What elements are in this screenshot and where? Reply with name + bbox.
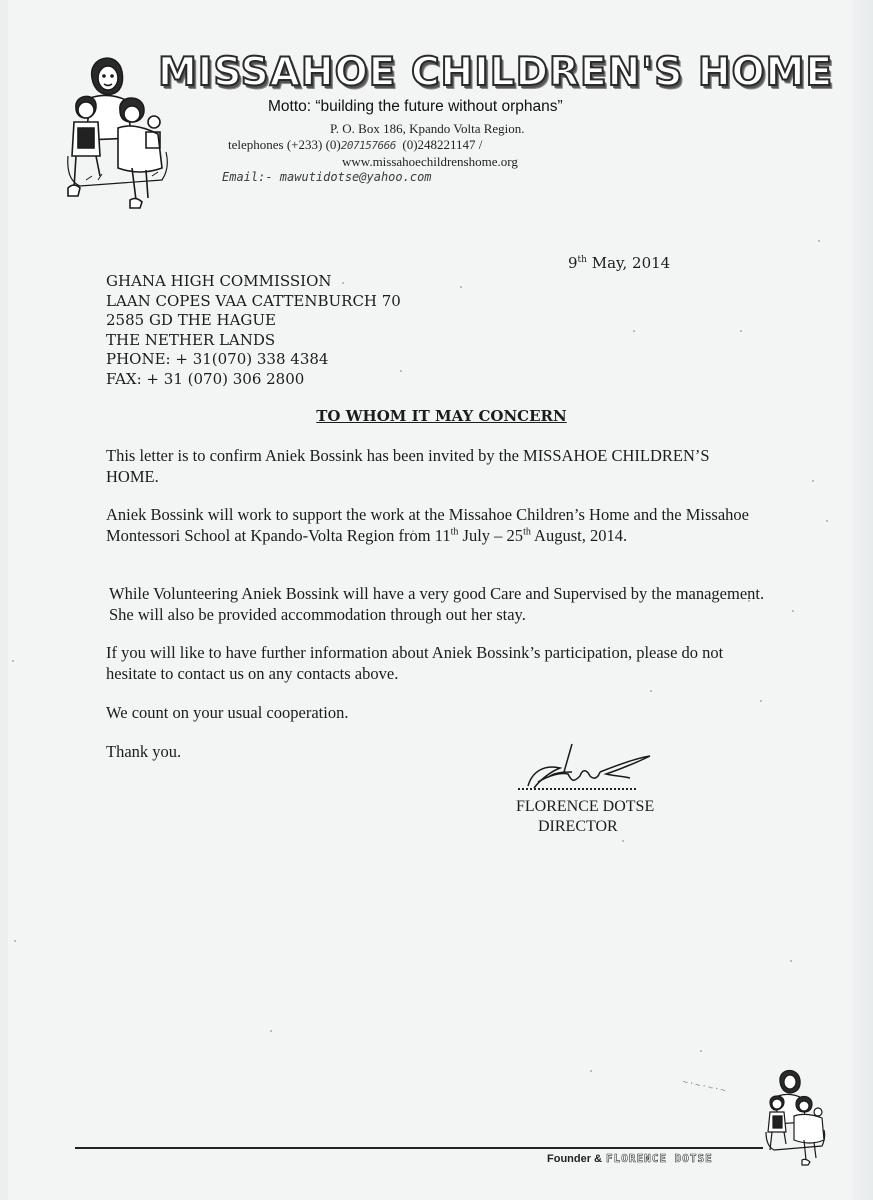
- scan-speck: [633, 330, 635, 332]
- closing-thank-you: Thank you.: [106, 742, 766, 763]
- scan-speck: [12, 660, 14, 662]
- footer-founder: Founder &FLORENCE DOTSE: [547, 1152, 713, 1165]
- date-month-year: May, 2014: [587, 254, 670, 272]
- paragraph-cooperation: We count on your usual cooperation.: [106, 703, 766, 724]
- scan-speck: [400, 370, 402, 372]
- footer-founder-name: FLORENCE DOTSE: [606, 1152, 713, 1165]
- scan-speck: [342, 282, 344, 284]
- faded-stamp: ~·~·~·~: [681, 1077, 727, 1096]
- website-link[interactable]: www.missahoechildrenshome.org: [342, 154, 518, 170]
- scan-edge-left: [0, 0, 8, 1200]
- recipient-line: FAX: + 31 (070) 306 2800: [106, 370, 401, 390]
- date-suffix: th: [578, 255, 587, 265]
- footer-divider: [75, 1147, 763, 1149]
- footer-label: Founder &: [547, 1153, 602, 1165]
- scan-speck: [622, 840, 624, 842]
- organization-title: MISSAHOE CHILDREN'S HOME: [158, 50, 728, 96]
- scan-speck: [792, 610, 794, 612]
- email-handwritten[interactable]: Email:- mawutidotse@yahoo.com: [222, 170, 432, 184]
- signer-name: FLORENCE DOTSE: [516, 797, 654, 817]
- organization-motto: Motto: “building the future without orph…: [268, 98, 563, 116]
- scan-speck: [460, 286, 462, 288]
- letter-subject: TO WHOM IT MAY CONCERN: [0, 407, 873, 425]
- telephone-secondary: (0)248221147 /: [402, 137, 482, 152]
- scan-speck: [826, 520, 828, 522]
- letter-date: 9th May, 2014: [568, 254, 670, 272]
- paragraph-invitation: This letter is to confirm Aniek Bossink …: [106, 446, 766, 487]
- recipient-line: GHANA HIGH COMMISSION: [106, 272, 401, 292]
- recipient-address: GHANA HIGH COMMISSION LAAN COPES VAA CAT…: [106, 272, 401, 389]
- scan-speck: [14, 940, 16, 942]
- signer-block: FLORENCE DOTSE DIRECTOR: [516, 797, 654, 837]
- paragraph-text: July – 25: [458, 526, 523, 545]
- scan-speck: [812, 480, 814, 482]
- scan-speck: [740, 330, 742, 332]
- paragraph-work-dates: Aniek Bossink will work to support the w…: [106, 505, 766, 546]
- date-day: 9: [568, 254, 578, 272]
- scan-speck: [270, 1030, 272, 1032]
- scan-speck: [700, 1050, 702, 1052]
- scan-speck: [818, 240, 820, 242]
- paragraph-text: August, 2014.: [531, 526, 627, 545]
- telephones-label: telephones (+233) (0): [228, 137, 341, 152]
- paragraph-text: Aniek Bossink will work to support the w…: [106, 505, 749, 545]
- scan-speck: [590, 1070, 592, 1072]
- recipient-line: THE NETHER LANDS: [106, 331, 401, 351]
- scan-speck: [412, 530, 414, 532]
- scan-edge-right: [853, 0, 873, 1200]
- signer-title: DIRECTOR: [516, 817, 654, 837]
- scan-speck: [650, 690, 652, 692]
- telephone-line: telephones (+233) (0)207157666 (0)248221…: [228, 137, 482, 153]
- scan-speck: [748, 600, 750, 602]
- paragraph-care: While Volunteering Aniek Bossink will ha…: [106, 584, 769, 625]
- ordinal-suffix: th: [523, 526, 531, 537]
- recipient-line: LAAN COPES VAA CATTENBURCH 70: [106, 292, 401, 312]
- scan-speck: [790, 960, 792, 962]
- telephone-handwritten: 207157666: [341, 139, 396, 152]
- recipient-line: 2585 GD THE HAGUE: [106, 311, 401, 331]
- mother-children-small-icon: [764, 1066, 826, 1166]
- signature-line: [518, 786, 636, 790]
- po-box-address: P. O. Box 186, Kpando Volta Region.: [330, 121, 525, 137]
- recipient-line: PHONE: + 31(070) 338 4384: [106, 350, 401, 370]
- paragraph-contact: If you will like to have further informa…: [106, 643, 766, 684]
- scan-speck: [760, 700, 762, 702]
